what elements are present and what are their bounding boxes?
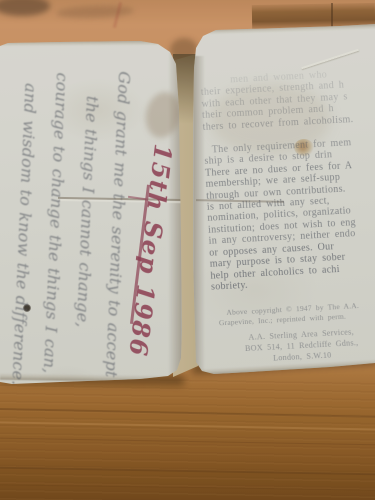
wood-stain-smudge [0, 0, 50, 16]
serenity-prayer-text: God grant me the serenity to acceptthe t… [0, 66, 140, 381]
wood-plank-seam [331, 3, 333, 28]
photo-aa-card-on-table: God grant me the serenity to acceptthe t… [0, 0, 375, 500]
copyright-notice: Above copyright © 1947 by The A.A.Grapev… [226, 299, 375, 328]
preamble-paragraph-fellowship: men and women whotheir experience, stren… [200, 66, 375, 133]
wood-stain-smudge [56, 5, 134, 20]
crease-line [301, 49, 359, 69]
preamble-paragraph-requirement: The only requirement for memship is a de… [204, 135, 375, 293]
aa-preamble-text: men and women whotheir experience, stren… [200, 66, 375, 367]
